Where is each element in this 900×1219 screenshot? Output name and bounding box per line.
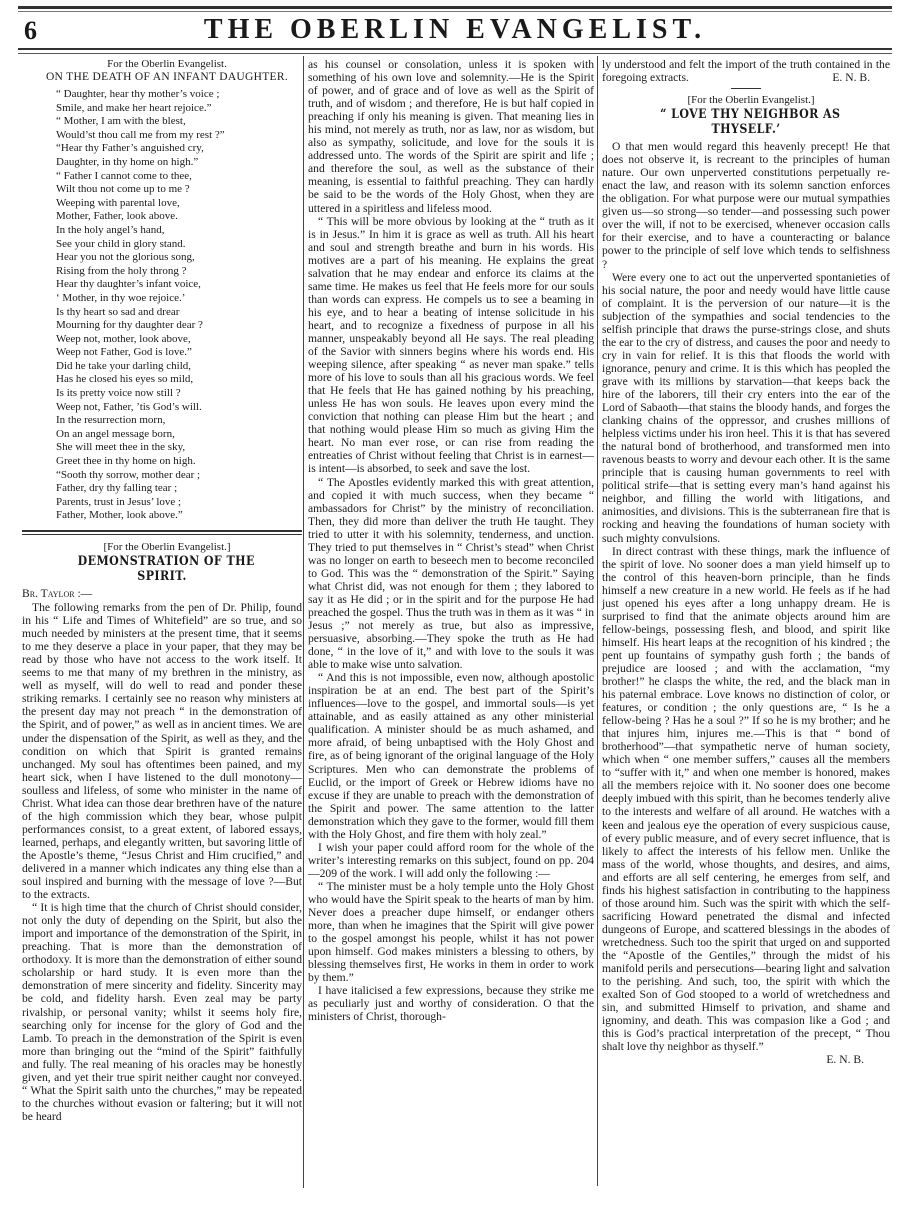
newspaper-title: THE OBERLIN EVANGELIST.	[18, 14, 892, 46]
poem-line: Is its pretty voice now still ?	[56, 387, 302, 401]
article1-salutation: Br. Taylor :—	[22, 587, 302, 600]
column-divider-1	[303, 56, 304, 1188]
article1-paragraph: I wish your paper could afford room for …	[308, 841, 594, 880]
article2-signature: E. N. B.	[602, 1053, 890, 1066]
article2-paragraph: Were every one to act out the unperverte…	[602, 271, 890, 545]
poem-line: In the resurrection morn,	[56, 414, 302, 428]
poem-line: Father, Mother, look above.”	[56, 509, 302, 523]
poem-kicker: For the Oberlin Evangelist.	[22, 58, 302, 71]
poem-line: Mourning for thy daughter dear ?	[56, 319, 302, 333]
poem-line: On an angel message born,	[56, 428, 302, 442]
poem-line: Would’st thou call me from my rest ?”	[56, 129, 302, 143]
article2-paragraph: In direct contrast with these things, ma…	[602, 545, 890, 1054]
poem-line: Hear thy daughter’s infant voice,	[56, 278, 302, 292]
column-1: For the Oberlin Evangelist. ON THE DEATH…	[22, 58, 302, 1123]
article1-paragraph: The following remarks from the pen of Dr…	[22, 601, 302, 901]
poem-line: Weep not Father, God is love.”	[56, 346, 302, 360]
poem-line: She will meet thee in the sky,	[56, 441, 302, 455]
masthead: 6 THE OBERLIN EVANGELIST.	[18, 12, 892, 46]
poem-line: Smile, and make her heart rejoice.”	[56, 102, 302, 116]
poem-line: “ Mother, I am with the blest,	[56, 115, 302, 129]
article1-paragraph: “ The minister must be a holy temple unt…	[308, 880, 594, 984]
poem-line: See your child in glory stand.	[56, 238, 302, 252]
poem-line: Greet thee in thy home on high.	[56, 455, 302, 469]
poem-line: Weeping with parental love,	[56, 197, 302, 211]
article1-paragraph: “ It is high time that the church of Chr…	[22, 901, 302, 1123]
article1-heading: DEMONSTRATION OF THE SPIRIT.	[43, 554, 281, 584]
top-rule	[18, 6, 892, 9]
article2-heading: “ LOVE THY NEIGHBOR AS THYSELF.’	[624, 107, 869, 137]
article1-paragraph: as his counsel or consolation, unless it…	[308, 58, 594, 215]
poem-line: Weep not, Father, ’tis God’s will.	[56, 401, 302, 415]
poem-line: Weep not, mother, look above,	[56, 333, 302, 347]
poem-line: “Sooth thy sorrow, mother dear ;	[56, 469, 302, 483]
masthead-rule-thin	[18, 53, 892, 54]
poem-line: Father, dry thy falling tear ;	[56, 482, 302, 496]
poem-line: “Hear thy Father’s anguished cry,	[56, 142, 302, 156]
masthead-rule	[18, 48, 892, 50]
poem-line: Did he take your darling child,	[56, 360, 302, 374]
poem-line: “ Daughter, hear thy mother’s voice ;	[56, 88, 302, 102]
article2-paragraph: O that men would regard this heavenly pr…	[602, 140, 890, 270]
column-3: ly understood and felt the import of the…	[602, 58, 890, 1066]
poem-line: Has he closed his eyes so mild,	[56, 373, 302, 387]
poem-line: ‘ Mother, in thy woe rejoice.’	[56, 292, 302, 306]
poem-line: Mother, Father, look above.	[56, 210, 302, 224]
poem-line: “ Father I cannot come to thee,	[56, 170, 302, 184]
poem-line: In the holy angel’s hand,	[56, 224, 302, 238]
poem-section: For the Oberlin Evangelist. ON THE DEATH…	[22, 58, 302, 523]
column-2: as his counsel or consolation, unless it…	[308, 58, 594, 1023]
poem-line: Daughter, in thy home on high.”	[56, 156, 302, 170]
article1-continuation: ly understood and felt the import of the…	[602, 58, 890, 84]
section-separator	[22, 530, 302, 535]
article1-paragraph: “ This will be more obvious by looking a…	[308, 215, 594, 476]
article1-paragraph: I have italicised a few expressions, bec…	[308, 984, 594, 1023]
article2-kicker: [For the Oberlin Evangelist.]	[602, 94, 890, 107]
article1-paragraph: “ And this is not impossible, even now, …	[308, 671, 594, 841]
poem-line: Rising from the holy throng ?	[56, 265, 302, 279]
column-divider-2	[597, 56, 598, 1186]
poem-line: Hear you not the glorious song,	[56, 251, 302, 265]
short-separator	[731, 88, 761, 89]
poem-heading: ON THE DEATH OF AN INFANT DAUGHTER.	[22, 71, 302, 84]
article-love-thy-neighbor: [For the Oberlin Evangelist.] “ LOVE THY…	[602, 94, 890, 1066]
poem-line: Wilt thou not come up to me ?	[56, 183, 302, 197]
article-demonstration: [For the Oberlin Evangelist.] DEMONSTRAT…	[22, 541, 302, 1123]
poem-line: Is thy heart so sad and drear	[56, 306, 302, 320]
article1-paragraph: “ The Apostles evidently marked this wit…	[308, 476, 594, 672]
poem-lines: “ Daughter, hear thy mother’s voice ;Smi…	[56, 88, 302, 523]
article1-kicker: [For the Oberlin Evangelist.]	[22, 541, 302, 554]
poem-line: Parents, trust in Jesus’ love ;	[56, 496, 302, 510]
article1-signature: E. N. B.	[832, 71, 890, 84]
